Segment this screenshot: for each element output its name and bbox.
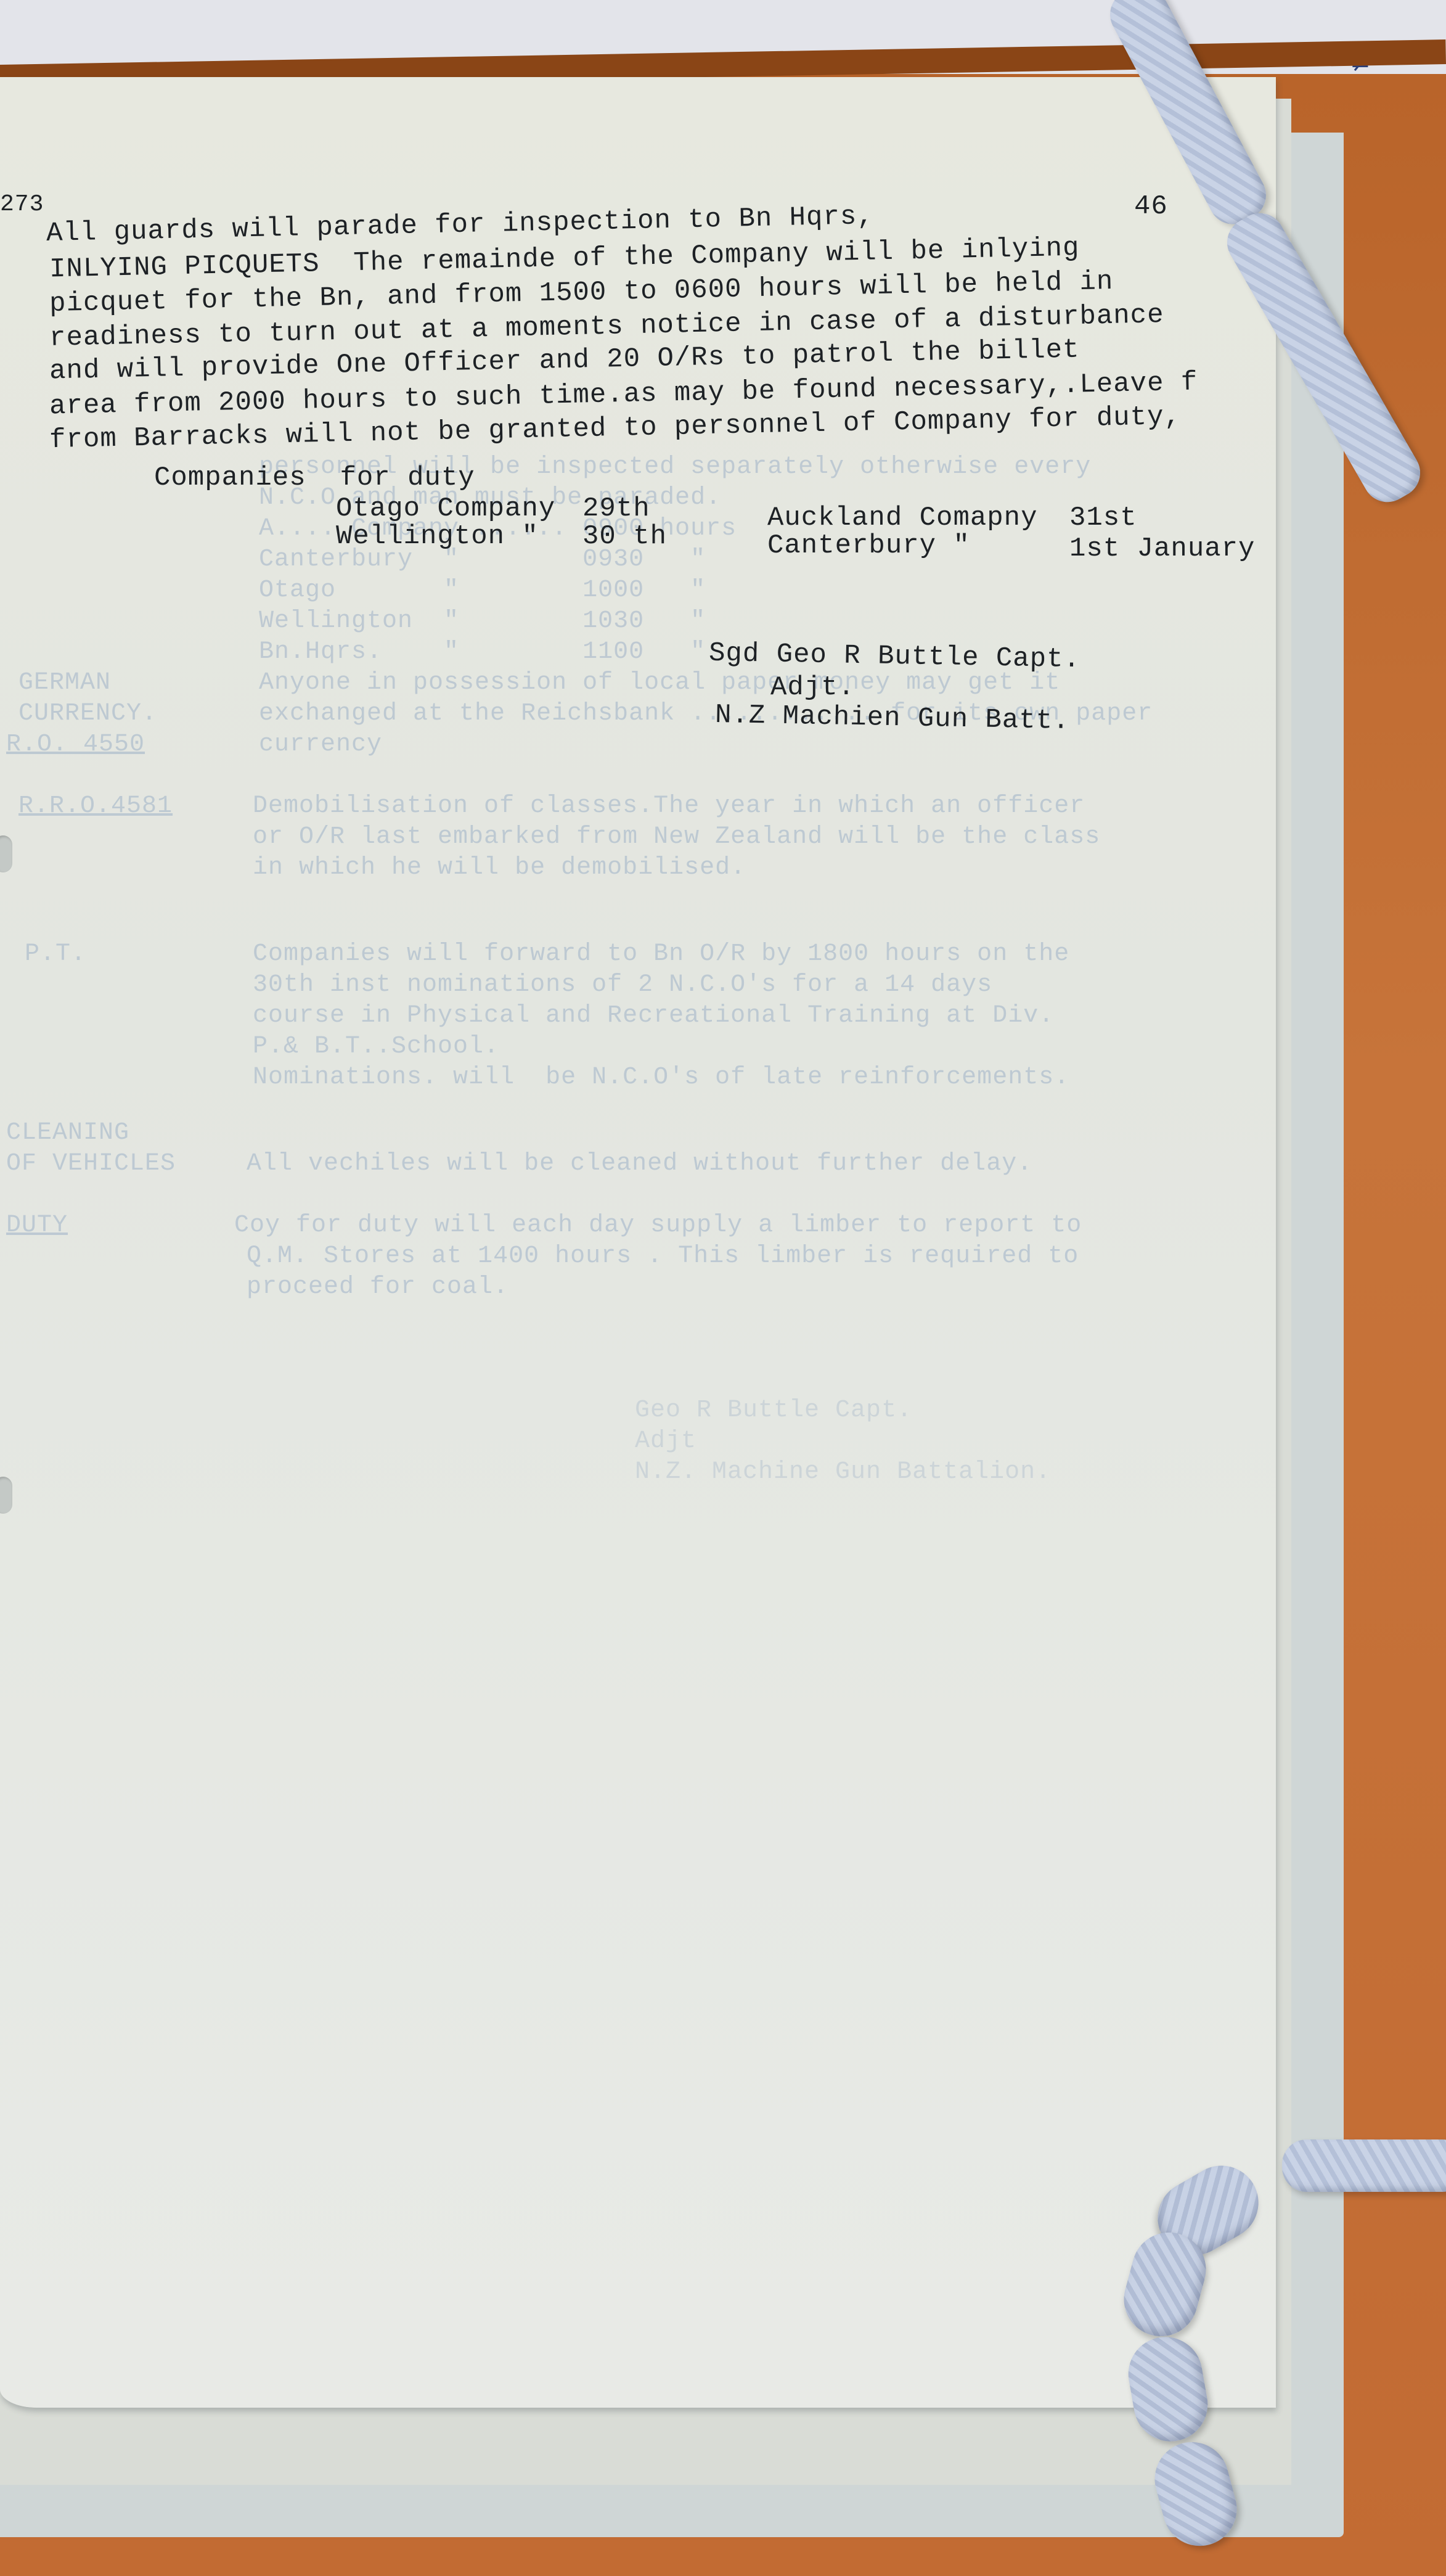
ghost-line: Companies will forward to Bn O/R by 1800… bbox=[253, 940, 1069, 968]
punch-hole bbox=[0, 835, 12, 872]
duty-table-heading: Companies for duty bbox=[154, 462, 475, 493]
ghost-line: Adjt bbox=[635, 1427, 696, 1455]
ghost-label: OF VEHICLES bbox=[6, 1150, 176, 1178]
ghost-line: Demobilisation of classes.The year in wh… bbox=[253, 792, 1085, 820]
ghost-label: CLEANING bbox=[6, 1119, 129, 1147]
ghost-label: DUTY bbox=[6, 1212, 68, 1239]
ghost-line: Wellington " 1030 " bbox=[259, 607, 706, 635]
ghost-line: All vechiles will be cleaned without fur… bbox=[247, 1150, 1032, 1178]
page-number-left: 273 bbox=[0, 191, 44, 218]
duty-company: Otago Company bbox=[336, 493, 555, 524]
ghost-label: GERMAN bbox=[18, 669, 111, 697]
duty-date: 1st January bbox=[1069, 533, 1255, 564]
signature-name: Sgd Geo R Buttle Capt. bbox=[709, 638, 1081, 676]
ghost-line: Coy for duty will each day supply a limb… bbox=[234, 1212, 1082, 1239]
duty-company: Wellington " bbox=[336, 521, 539, 552]
signature-role: Adjt. bbox=[770, 672, 855, 703]
ghost-label: R.O. 4550 bbox=[6, 731, 145, 758]
ghost-line: proceed for coal. bbox=[247, 1273, 509, 1301]
ghost-line: 30th inst nominations of 2 N.C.O's for a… bbox=[253, 971, 992, 999]
page-number-right: 46 bbox=[1134, 191, 1168, 222]
ghost-line: Nominations. will be N.C.O's of late rei… bbox=[253, 1064, 1069, 1091]
ghost-line: course in Physical and Recreational Trai… bbox=[253, 1002, 1054, 1030]
punch-hole bbox=[0, 1477, 12, 1514]
ghost-line: currency bbox=[259, 731, 382, 758]
ghost-line: Q.M. Stores at 1400 hours . This limber … bbox=[247, 1242, 1079, 1270]
ghost-line: N.Z. Machine Gun Battalion. bbox=[635, 1458, 1051, 1486]
duty-date: 31st bbox=[1069, 502, 1137, 533]
ghost-line: Bn.Hqrs. " 1100 " bbox=[259, 638, 706, 666]
ghost-label: P.T. bbox=[25, 940, 86, 968]
ghost-line: P.& B.T..School. bbox=[253, 1033, 499, 1060]
signature-unit: N.Z Machien Gun Batt. bbox=[715, 700, 1070, 737]
ghost-line: in which he will be demobilised. bbox=[253, 854, 746, 882]
ghost-line: or O/R last embarked from New Zealand wi… bbox=[253, 823, 1100, 851]
duty-date: 30 th bbox=[582, 521, 667, 552]
duty-company: Canterbury " bbox=[767, 530, 970, 561]
ghost-label: R.R.O.4581 bbox=[18, 792, 173, 820]
ghost-line: Geo R Buttle Capt. bbox=[635, 1397, 912, 1424]
ghost-line: Otago " 1000 " bbox=[259, 576, 706, 604]
duty-company: Auckland Comapny bbox=[767, 502, 1037, 533]
ghost-label: CURRENCY. bbox=[18, 700, 157, 728]
ghost-line: Anyone in possession of local paper mone… bbox=[259, 669, 1060, 697]
binding-cord bbox=[1282, 2139, 1446, 2192]
document-page: personnel will be inspected separately o… bbox=[0, 77, 1276, 2408]
duty-date: 29th bbox=[582, 493, 650, 524]
